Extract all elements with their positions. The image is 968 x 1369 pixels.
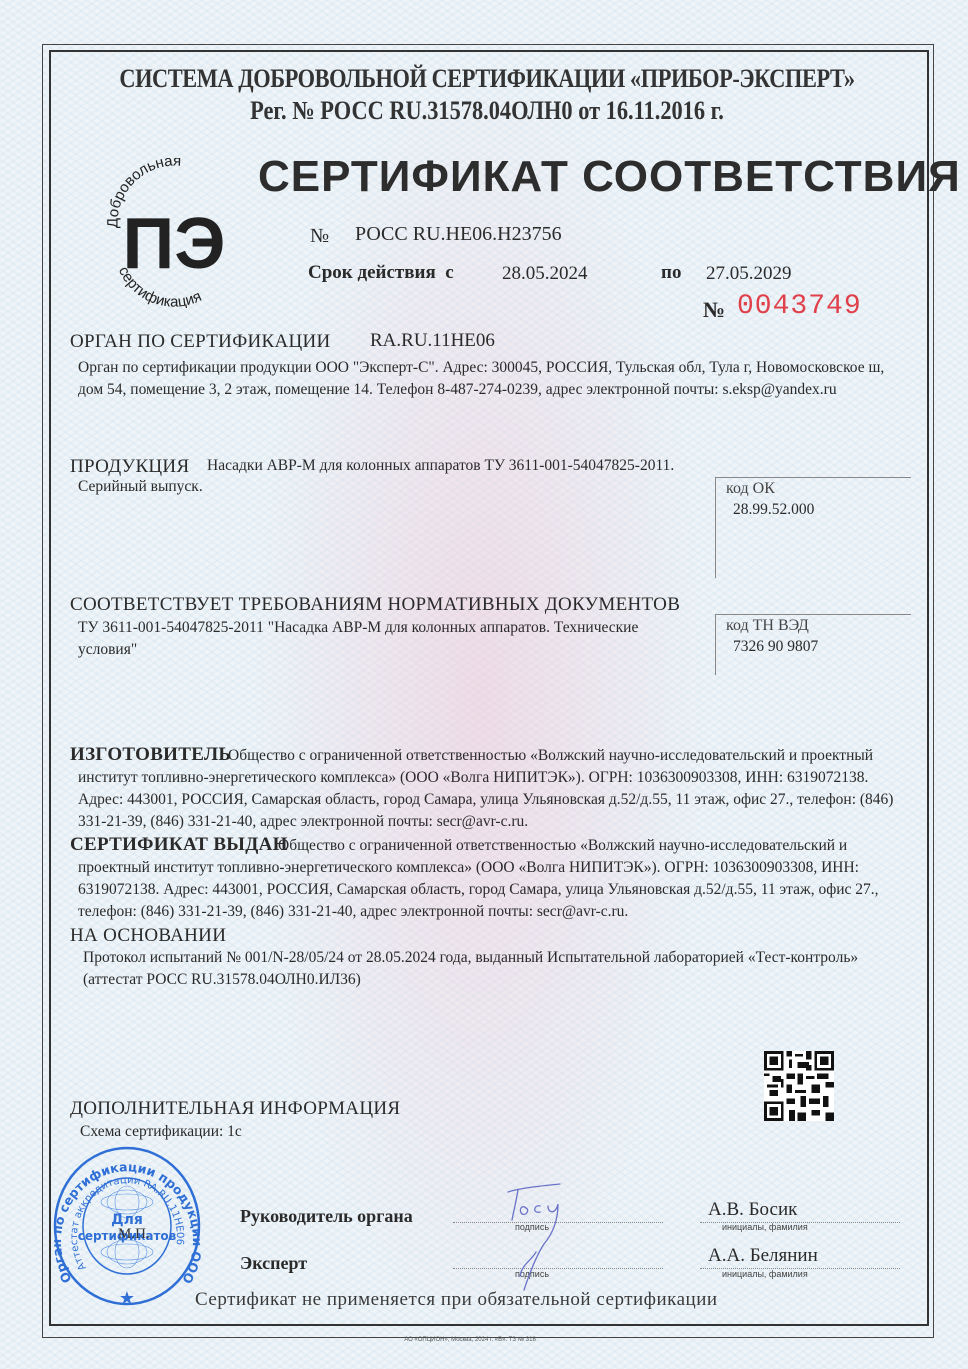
qr-code-icon[interactable] [764,1051,834,1121]
seal-place-label: М.П. [118,1226,150,1243]
serial-number: 0043749 [737,291,862,322]
basis-heading: НА ОСНОВАНИИ [70,925,226,947]
handwritten-signature-icon [500,1180,600,1300]
certification-body-heading: ОРГАН ПО СЕРТИФИКАЦИИ [70,331,331,353]
stamp-star-icon: ★ [119,1288,135,1308]
head-name: А.В. Босик [708,1199,797,1221]
head-name-caption: инициалы, фамилия [722,1222,808,1232]
expert-name: А.А. Белянин [708,1245,818,1267]
serial-number-label: № [703,297,725,323]
printer-imprint: АО «ОПЦИОН», Москва, 2024 г. «В». ТЗ № 3… [370,1337,570,1343]
certification-body-code: RA.RU.11НЕ06 [370,330,495,352]
product-description: Насадки АВР-М для колонных аппаратов ТУ … [207,457,674,475]
logo-letters: ПЭ [123,204,226,284]
tnved-code-label: код ТН ВЭД [726,617,809,635]
certificate-number-label: № [310,225,329,248]
head-role-label: Руководитель органа [240,1206,413,1227]
expert-role-label: Эксперт [240,1253,307,1274]
product-heading: ПРОДУКЦИЯ [70,456,189,478]
requirements-heading: СООТВЕТСТВУЕТ ТРЕБОВАНИЯМ НОРМАТИВНЫХ ДО… [70,594,680,616]
system-registration: Рег. № РОСС RU.31578.04ОЛН0 от 16.11.201… [110,96,863,126]
certificate-title: СЕРТИФИКАТ СООТВЕТСТВИЯ [258,152,961,202]
valid-to-date: 27.05.2029 [706,263,792,285]
valid-from-date: 28.05.2024 [502,263,588,285]
tnved-code-box: код ТН ВЭД 7326 90 9807 [715,614,911,675]
certification-scheme: Схема сертификации: 1с [80,1123,242,1141]
product-release-type: Серийный выпуск. [78,478,203,496]
ok-code-value: 28.99.52.000 [733,501,814,519]
additional-info-heading: ДОПОЛНИТЕЛЬНАЯ ИНФОРМАЦИЯ [70,1098,400,1120]
pe-logo-icon: Добровольная ПЭ сертификация [104,158,244,308]
ok-code-label: код ОК [726,480,775,498]
validity-label: Срок действия с [308,262,454,284]
certificate-number: РОСС RU.НЕ06.Н23756 [355,223,562,246]
basis-text: Протокол испытаний № 001/N-28/05/24 от 2… [83,947,883,991]
manufacturer-details: Общество с ограниченной ответственностью… [78,745,908,833]
valid-to-label: по [661,262,681,284]
issued-to-details: Общество с ограниченной ответственностью… [78,835,908,923]
expert-name-caption: инициалы, фамилия [722,1269,808,1279]
tnved-code-value: 7326 90 9807 [733,638,818,656]
ok-code-box: код ОК 28.99.52.000 [715,477,911,578]
certification-body-details: Орган по сертификации продукции ООО "Экс… [78,357,908,401]
footer-note: Сертификат не применяется при обязательн… [195,1289,718,1311]
requirements-text: ТУ 3611-001-54047825-2011 "Насадка АВР-М… [78,617,698,661]
certification-system-name: СИСТЕМА ДОБРОВОЛЬНОЙ СЕРТИФИКАЦИИ «ПРИБО… [110,64,863,94]
